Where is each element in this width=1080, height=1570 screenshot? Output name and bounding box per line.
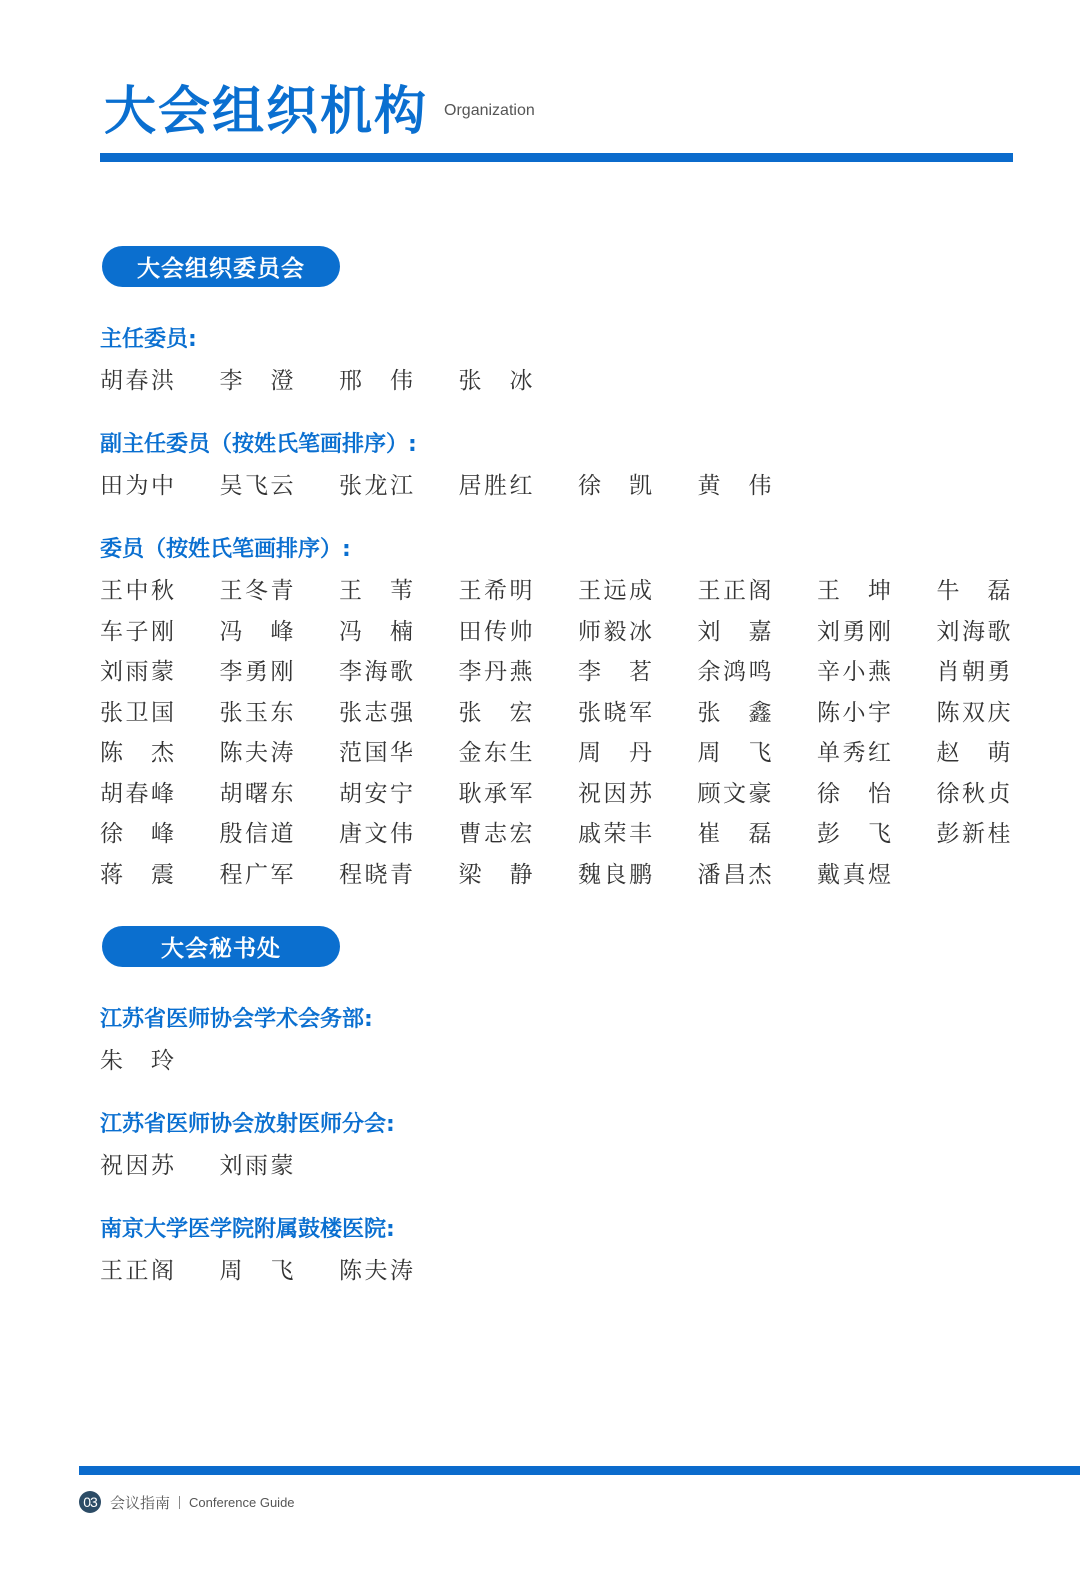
member-name: 彭新桂 — [937, 819, 1011, 849]
member-name: 肖朝勇 — [937, 657, 1011, 687]
member-name: 李海歌 — [339, 657, 413, 687]
member-name: 金东生 — [459, 738, 533, 768]
page-header: 大会组织机构 Organization — [104, 82, 535, 142]
member-name: 徐怡 — [817, 779, 891, 809]
member-name: 徐峰 — [100, 819, 174, 849]
member-name: 张宏 — [459, 698, 533, 728]
member-name: 祝因苏 — [578, 779, 652, 809]
member-name: 邢伟 — [339, 366, 413, 396]
member-name: 徐凯 — [578, 471, 652, 501]
member-name: 冯峰 — [220, 617, 294, 647]
member-name: 王冬青 — [220, 576, 294, 606]
member-name: 祝因苏 — [100, 1151, 174, 1181]
member-name: 王苇 — [339, 576, 413, 606]
member-name: 陈夫涛 — [220, 738, 294, 768]
member-name: 刘勇刚 — [817, 617, 891, 647]
group-label: 副主任委员（按姓氏笔画排序）: — [100, 430, 417, 460]
page-number-badge: 03 — [79, 1491, 101, 1513]
member-name: 顾文豪 — [698, 779, 772, 809]
member-name: 王中秋 — [100, 576, 174, 606]
member-name: 徐秋贞 — [937, 779, 1011, 809]
member-name: 田传帅 — [459, 617, 533, 647]
member-name: 王远成 — [578, 576, 652, 606]
member-name: 陈杰 — [100, 738, 174, 768]
member-name: 王正阁 — [698, 576, 772, 606]
member-name: 梁静 — [459, 860, 533, 890]
member-name: 张卫国 — [100, 698, 174, 728]
member-name: 辛小燕 — [817, 657, 891, 687]
group-label: 委员（按姓氏笔画排序）: — [100, 535, 351, 565]
member-name: 张冰 — [459, 366, 533, 396]
section-pill-secretariat: 大会秘书处 — [102, 926, 340, 967]
member-name: 车子刚 — [100, 617, 174, 647]
footer-section-cn: 会议指南 — [110, 1492, 170, 1513]
member-name: 陈夫涛 — [339, 1256, 413, 1286]
member-name: 黄伟 — [698, 471, 772, 501]
footer-section-en: Conference Guide — [189, 1495, 295, 1510]
member-name: 戚荣丰 — [578, 819, 652, 849]
group-label: 江苏省医师协会学术会务部: — [100, 1005, 373, 1035]
member-name: 胡曙东 — [220, 779, 294, 809]
member-name: 胡春峰 — [100, 779, 174, 809]
page-title: 大会组织机构 — [104, 82, 428, 142]
member-name: 刘嘉 — [698, 617, 772, 647]
member-name: 程广军 — [220, 860, 294, 890]
member-name: 周丹 — [578, 738, 652, 768]
member-name: 居胜红 — [459, 471, 533, 501]
member-name: 赵萌 — [937, 738, 1011, 768]
member-name: 李澄 — [220, 366, 294, 396]
member-name: 李丹燕 — [459, 657, 533, 687]
group-label: 主任委员: — [100, 325, 197, 355]
member-name: 王正阁 — [100, 1256, 174, 1286]
member-name: 程晓青 — [339, 860, 413, 890]
member-name: 吴飞云 — [220, 471, 294, 501]
member-name: 胡安宁 — [339, 779, 413, 809]
footer-divider — [79, 1466, 1080, 1475]
member-name: 刘海歌 — [937, 617, 1011, 647]
footer: 03 会议指南 Conference Guide — [79, 1491, 295, 1513]
member-name: 崔磊 — [698, 819, 772, 849]
member-name: 曹志宏 — [459, 819, 533, 849]
member-name: 张晓军 — [578, 698, 652, 728]
member-name: 李茗 — [578, 657, 652, 687]
member-name: 田为中 — [100, 471, 174, 501]
member-name: 张鑫 — [698, 698, 772, 728]
member-name: 魏良鹏 — [578, 860, 652, 890]
member-name: 张玉东 — [220, 698, 294, 728]
member-name: 殷信道 — [220, 819, 294, 849]
member-name: 冯楠 — [339, 617, 413, 647]
member-name: 彭飞 — [817, 819, 891, 849]
group-label: 江苏省医师协会放射医师分会: — [100, 1110, 395, 1140]
member-name: 张志强 — [339, 698, 413, 728]
member-name: 王坤 — [817, 576, 891, 606]
member-name: 周飞 — [698, 738, 772, 768]
footer-separator — [179, 1496, 180, 1509]
member-name: 周飞 — [220, 1256, 294, 1286]
member-name: 潘昌杰 — [698, 860, 772, 890]
member-name: 蒋震 — [100, 860, 174, 890]
member-name: 耿承军 — [459, 779, 533, 809]
group-label: 南京大学医学院附属鼓楼医院: — [100, 1215, 395, 1245]
member-name: 王希明 — [459, 576, 533, 606]
member-name: 余鸿鸣 — [698, 657, 772, 687]
member-name: 刘雨蒙 — [100, 657, 174, 687]
member-name: 陈双庆 — [937, 698, 1011, 728]
member-name: 牛磊 — [937, 576, 1011, 606]
header-divider — [100, 153, 1013, 162]
section-pill-committee: 大会组织委员会 — [102, 246, 340, 287]
member-name: 朱玲 — [100, 1046, 174, 1076]
page-subtitle: Organization — [444, 102, 535, 120]
member-name: 李勇刚 — [220, 657, 294, 687]
member-name: 陈小宇 — [817, 698, 891, 728]
member-name: 张龙江 — [339, 471, 413, 501]
member-name: 师毅冰 — [578, 617, 652, 647]
member-name: 胡春洪 — [100, 366, 174, 396]
member-name: 唐文伟 — [339, 819, 413, 849]
member-name: 刘雨蒙 — [220, 1151, 294, 1181]
member-name: 范国华 — [339, 738, 413, 768]
member-name: 戴真煜 — [817, 860, 891, 890]
member-name: 单秀红 — [817, 738, 891, 768]
